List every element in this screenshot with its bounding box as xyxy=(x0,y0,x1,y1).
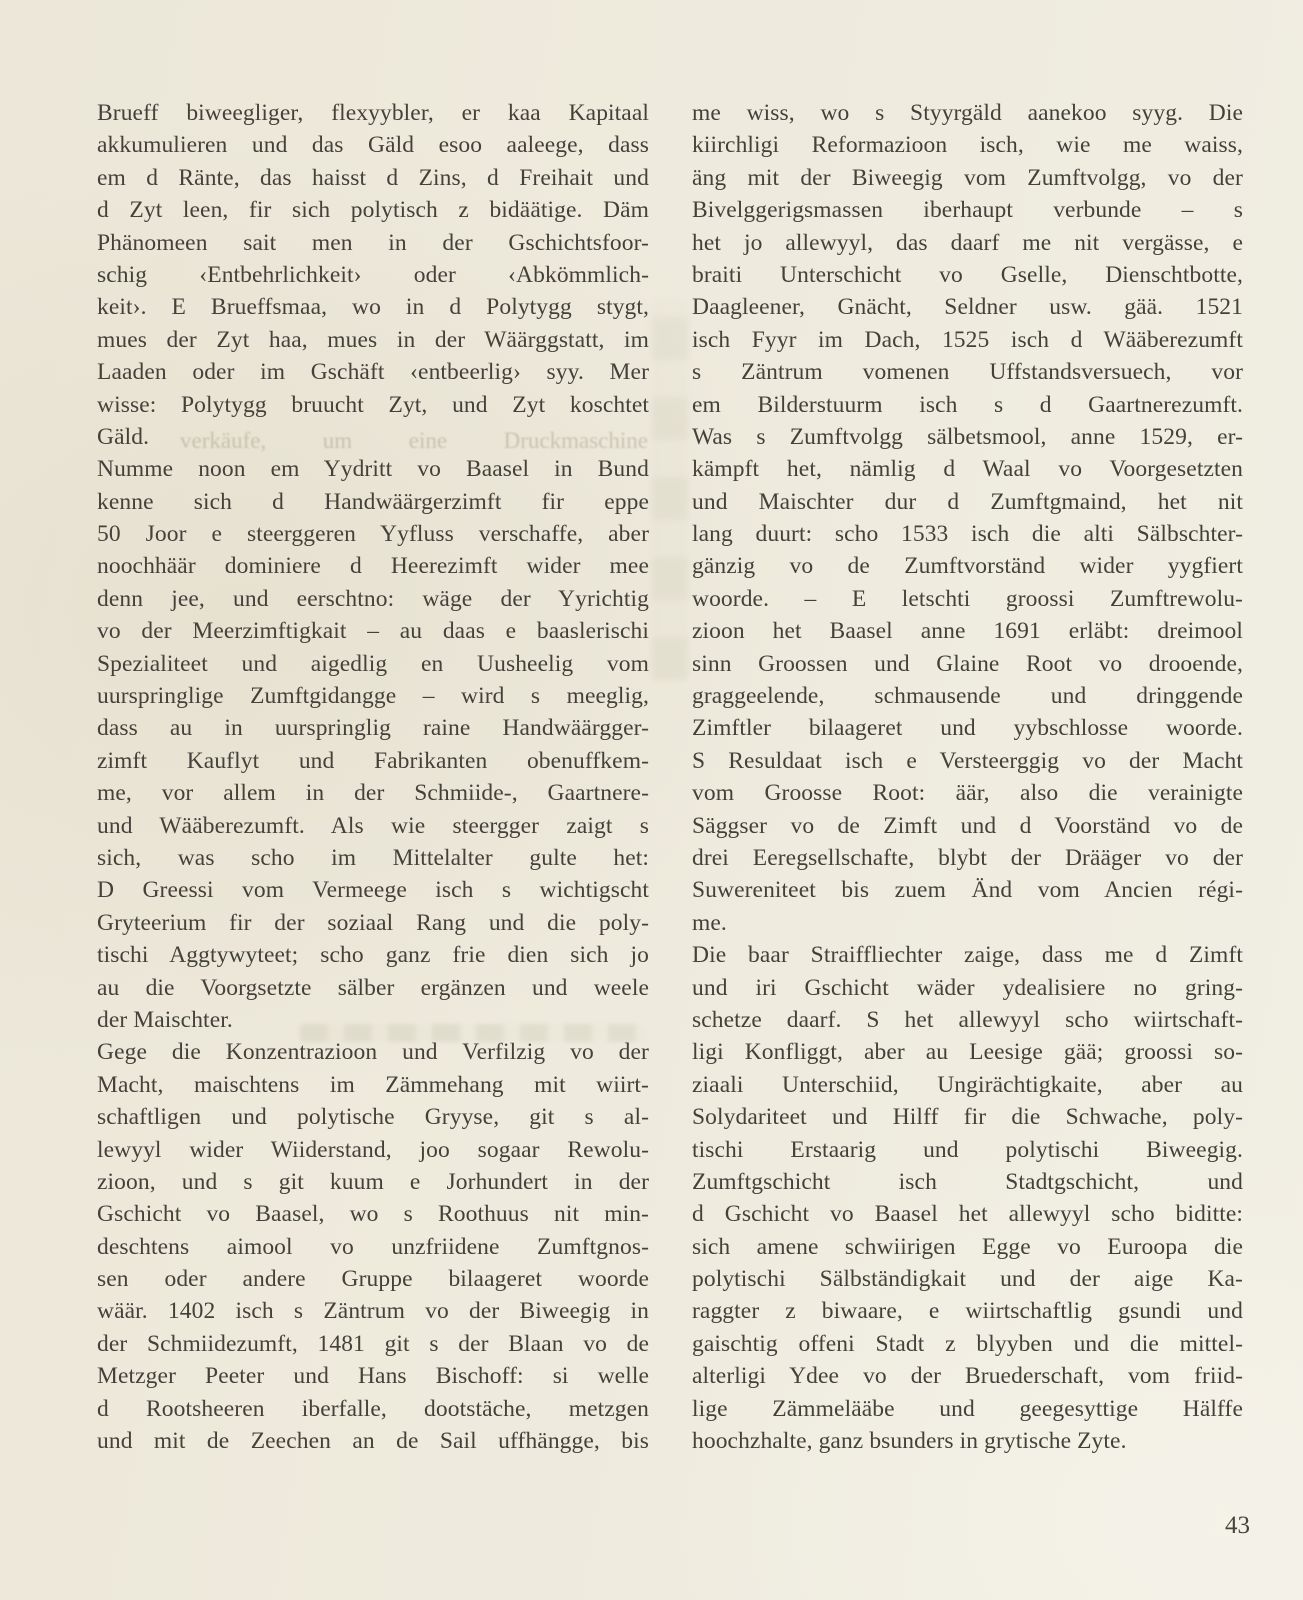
text-line: schaftligen und polytische Gryyse, git s… xyxy=(97,1104,649,1136)
text-line: Solydariteet und Hilff fir die Schwache,… xyxy=(692,1104,1243,1136)
text-line: gaischtig offeni Stadt z blyyben und die… xyxy=(692,1331,1243,1363)
text-line: vom Groosse Root: äär, also die verainig… xyxy=(692,780,1243,812)
text-column-left: Brueff biweegliger, flexyybler, er kaa K… xyxy=(97,100,649,1460)
text-line: Daagleener, Gnächt, Seldner usw. gää. 15… xyxy=(692,294,1243,326)
text-line: der Schmiidezumft, 1481 git s der Blaan … xyxy=(97,1331,649,1363)
text-line: me, vor allem in der Schmiide-, Gaartner… xyxy=(97,780,649,812)
text-line: kenne sich d Handwäärgerzimft fir eppe xyxy=(97,489,649,521)
text-line: schig ‹Entbehrlichkeit› oder ‹Abkömmlich… xyxy=(97,262,649,294)
text-line: braiti Unterschicht vo Gselle, Dienschtb… xyxy=(692,262,1243,294)
text-line: sinn Groossen und Glaine Root vo drooend… xyxy=(692,651,1243,683)
text-line: D Greessi vom Vermeege isch s wichtigsch… xyxy=(97,877,649,909)
text-line: Zimftler bilaageret und yybschlosse woor… xyxy=(692,715,1243,747)
text-line: mues der Zyt haa, mues in der Wäärggstat… xyxy=(97,327,649,359)
text-line: alterligi Ydee vo der Bruederschaft, vom… xyxy=(692,1363,1243,1395)
page-number: 43 xyxy=(1178,1512,1250,1540)
text-line: dass au in uurspringlig raine Handwäärgg… xyxy=(97,715,649,747)
text-line: Säggser vo de Zimft und d Voorständ vo d… xyxy=(692,813,1243,845)
text-line: lang duurt: scho 1533 isch die alti Sälb… xyxy=(692,521,1243,553)
text-line: Gege die Konzentrazioon und Verfilzig vo… xyxy=(97,1039,649,1071)
text-line: zimft Kauflyt und Fabrikanten obenuffkem… xyxy=(97,748,649,780)
text-line: uurspringlige Zumftgidangge – wird s mee… xyxy=(97,683,649,715)
text-line: Suwereniteet bis zuem Änd vom Ancien rég… xyxy=(692,877,1243,909)
scanned-page: verkäufe, um eine Druckmaschine Brueff b… xyxy=(0,0,1303,1600)
text-line: noochhäär dominiere d Heerezimft wider m… xyxy=(97,553,649,585)
text-line: me wiss, wo s Styyrgäld aanekoo syyg. Di… xyxy=(692,100,1243,132)
text-line: Bivelggerigsmassen iberhaupt verbunde – … xyxy=(692,197,1243,229)
text-line: s Zäntrum vomenen Uffstandsversuech, vor xyxy=(692,359,1243,391)
text-line: Zumftgschicht isch Stadtgschicht, und xyxy=(692,1169,1243,1201)
text-line: d Rootsheeren iberfalle, dootstäche, met… xyxy=(97,1396,649,1428)
text-line: äng mit der Biweegig vom Zumftvolgg, vo … xyxy=(692,165,1243,197)
text-column-right: me wiss, wo s Styyrgäld aanekoo syyg. Di… xyxy=(692,100,1243,1460)
text-line: denn jee, und eerschtno: wäge der Yyrich… xyxy=(97,586,649,618)
text-line: akkumulieren und das Gäld esoo aaleege, … xyxy=(97,132,649,164)
text-line: sich, was scho im Mittelalter gulte het: xyxy=(97,845,649,877)
text-line: wäär. 1402 isch s Zäntrum vo der Biweegi… xyxy=(97,1298,649,1330)
text-line: und iri Gschicht wäder ydealisiere no gr… xyxy=(692,975,1243,1007)
text-line: graggeelende, schmausende und dringgende xyxy=(692,683,1243,715)
text-line: polytischi Sälbständigkait und der aige … xyxy=(692,1266,1243,1298)
text-line: gänzig vo de Zumftvorständ wider yygfier… xyxy=(692,553,1243,585)
text-line: d Gschicht vo Baasel het allewyyl scho b… xyxy=(692,1201,1243,1233)
text-line: Gäld. xyxy=(97,424,649,456)
text-line: tischi Aggtywyteet; scho ganz frie dien … xyxy=(97,942,649,974)
text-line: em Bilderstuurm isch s d Gaartnerezumft. xyxy=(692,392,1243,424)
text-line: lewyyl wider Wiiderstand, joo sogaar Rew… xyxy=(97,1137,649,1169)
text-line: deschtens aimool vo unzfriidene Zumftgno… xyxy=(97,1234,649,1266)
text-line: sen oder andere Gruppe bilaageret woorde xyxy=(97,1266,649,1298)
text-line: het jo allewyyl, das daarf me nit vergäs… xyxy=(692,230,1243,262)
text-line: raggter z biwaare, e wiirtschaftlig gsun… xyxy=(692,1298,1243,1330)
text-line: hoochzhalte, ganz bsunders in grytische … xyxy=(692,1428,1243,1460)
text-line: Metzger Peeter und Hans Bischoff: si wel… xyxy=(97,1363,649,1395)
text-line: schetze daarf. S het allewyyl scho wiirt… xyxy=(692,1007,1243,1039)
text-line: und mit de Zeechen an de Sail uffhängge,… xyxy=(97,1428,649,1460)
text-line: au die Voorgsetzte sälber ergänzen und w… xyxy=(97,975,649,1007)
text-line: kämpft het, nämlig d Waal vo Voorgesetzt… xyxy=(692,456,1243,488)
text-line: Gryteerium fir der soziaal Rang und die … xyxy=(97,910,649,942)
text-line: Die baar Straiffliechter zaige, dass me … xyxy=(692,942,1243,974)
text-line: und Maischter dur d Zumftgmaind, het nit xyxy=(692,489,1243,521)
text-line: me. xyxy=(692,910,1243,942)
text-line: wisse: Polytygg bruucht Zyt, und Zyt kos… xyxy=(97,392,649,424)
text-line: woorde. – E letschti groossi Zumftrewolu… xyxy=(692,586,1243,618)
text-line: tischi Erstaarig und polytischi Biweegig… xyxy=(692,1137,1243,1169)
text-line: kiirchligi Reformazioon isch, wie me wai… xyxy=(692,132,1243,164)
text-line: Macht, maischtens im Zämmehang mit wiirt… xyxy=(97,1072,649,1104)
text-line: ligi Konfliggt, aber au Leesige gää; gro… xyxy=(692,1039,1243,1071)
text-line: sich amene schwiirigen Egge vo Euroopa d… xyxy=(692,1234,1243,1266)
text-line: em d Ränte, das haisst d Zins, d Freihai… xyxy=(97,165,649,197)
text-line: 50 Joor e steerggeren Yyfluss verschaffe… xyxy=(97,521,649,553)
text-line: Gschicht vo Baasel, wo s Roothuus nit mi… xyxy=(97,1201,649,1233)
text-line: Spezialiteet und aigedlig en Uusheelig v… xyxy=(97,651,649,683)
text-line: drei Eeregsellschafte, blybt der Drääger… xyxy=(692,845,1243,877)
text-line: Numme noon em Yydritt vo Baasel in Bund xyxy=(97,456,649,488)
text-line: Was s Zumftvolgg sälbetsmool, anne 1529,… xyxy=(692,424,1243,456)
text-line: isch Fyyr im Dach, 1525 isch d Wääberezu… xyxy=(692,327,1243,359)
text-line: keit›. E Brueffsmaa, wo in d Polytygg st… xyxy=(97,294,649,326)
text-line: der Maischter. xyxy=(97,1007,649,1039)
text-line: zioon, und s git kuum e Jorhundert in de… xyxy=(97,1169,649,1201)
text-line: d Zyt leen, fir sich polytisch z bidääti… xyxy=(97,197,649,229)
text-line: zioon het Baasel anne 1691 erläbt: dreim… xyxy=(692,618,1243,650)
text-line: lige Zämmelääbe und geegesyttige Hälffe xyxy=(692,1396,1243,1428)
text-line: Brueff biweegliger, flexyybler, er kaa K… xyxy=(97,100,649,132)
text-line: vo der Meerzimftigkait – au daas e baasl… xyxy=(97,618,649,650)
text-line: Laaden oder im Gschäft ‹entbeerlig› syy.… xyxy=(97,359,649,391)
text-line: S Resuldaat isch e Versteerggig vo der M… xyxy=(692,748,1243,780)
text-line: ziaali Unterschiid, Ungirächtigkaite, ab… xyxy=(692,1072,1243,1104)
ghost-smudge xyxy=(652,300,688,680)
text-line: und Wääberezumft. Als wie steergger zaig… xyxy=(97,813,649,845)
text-line: Phänomeen sait men in der Gschichtsfoor- xyxy=(97,230,649,262)
